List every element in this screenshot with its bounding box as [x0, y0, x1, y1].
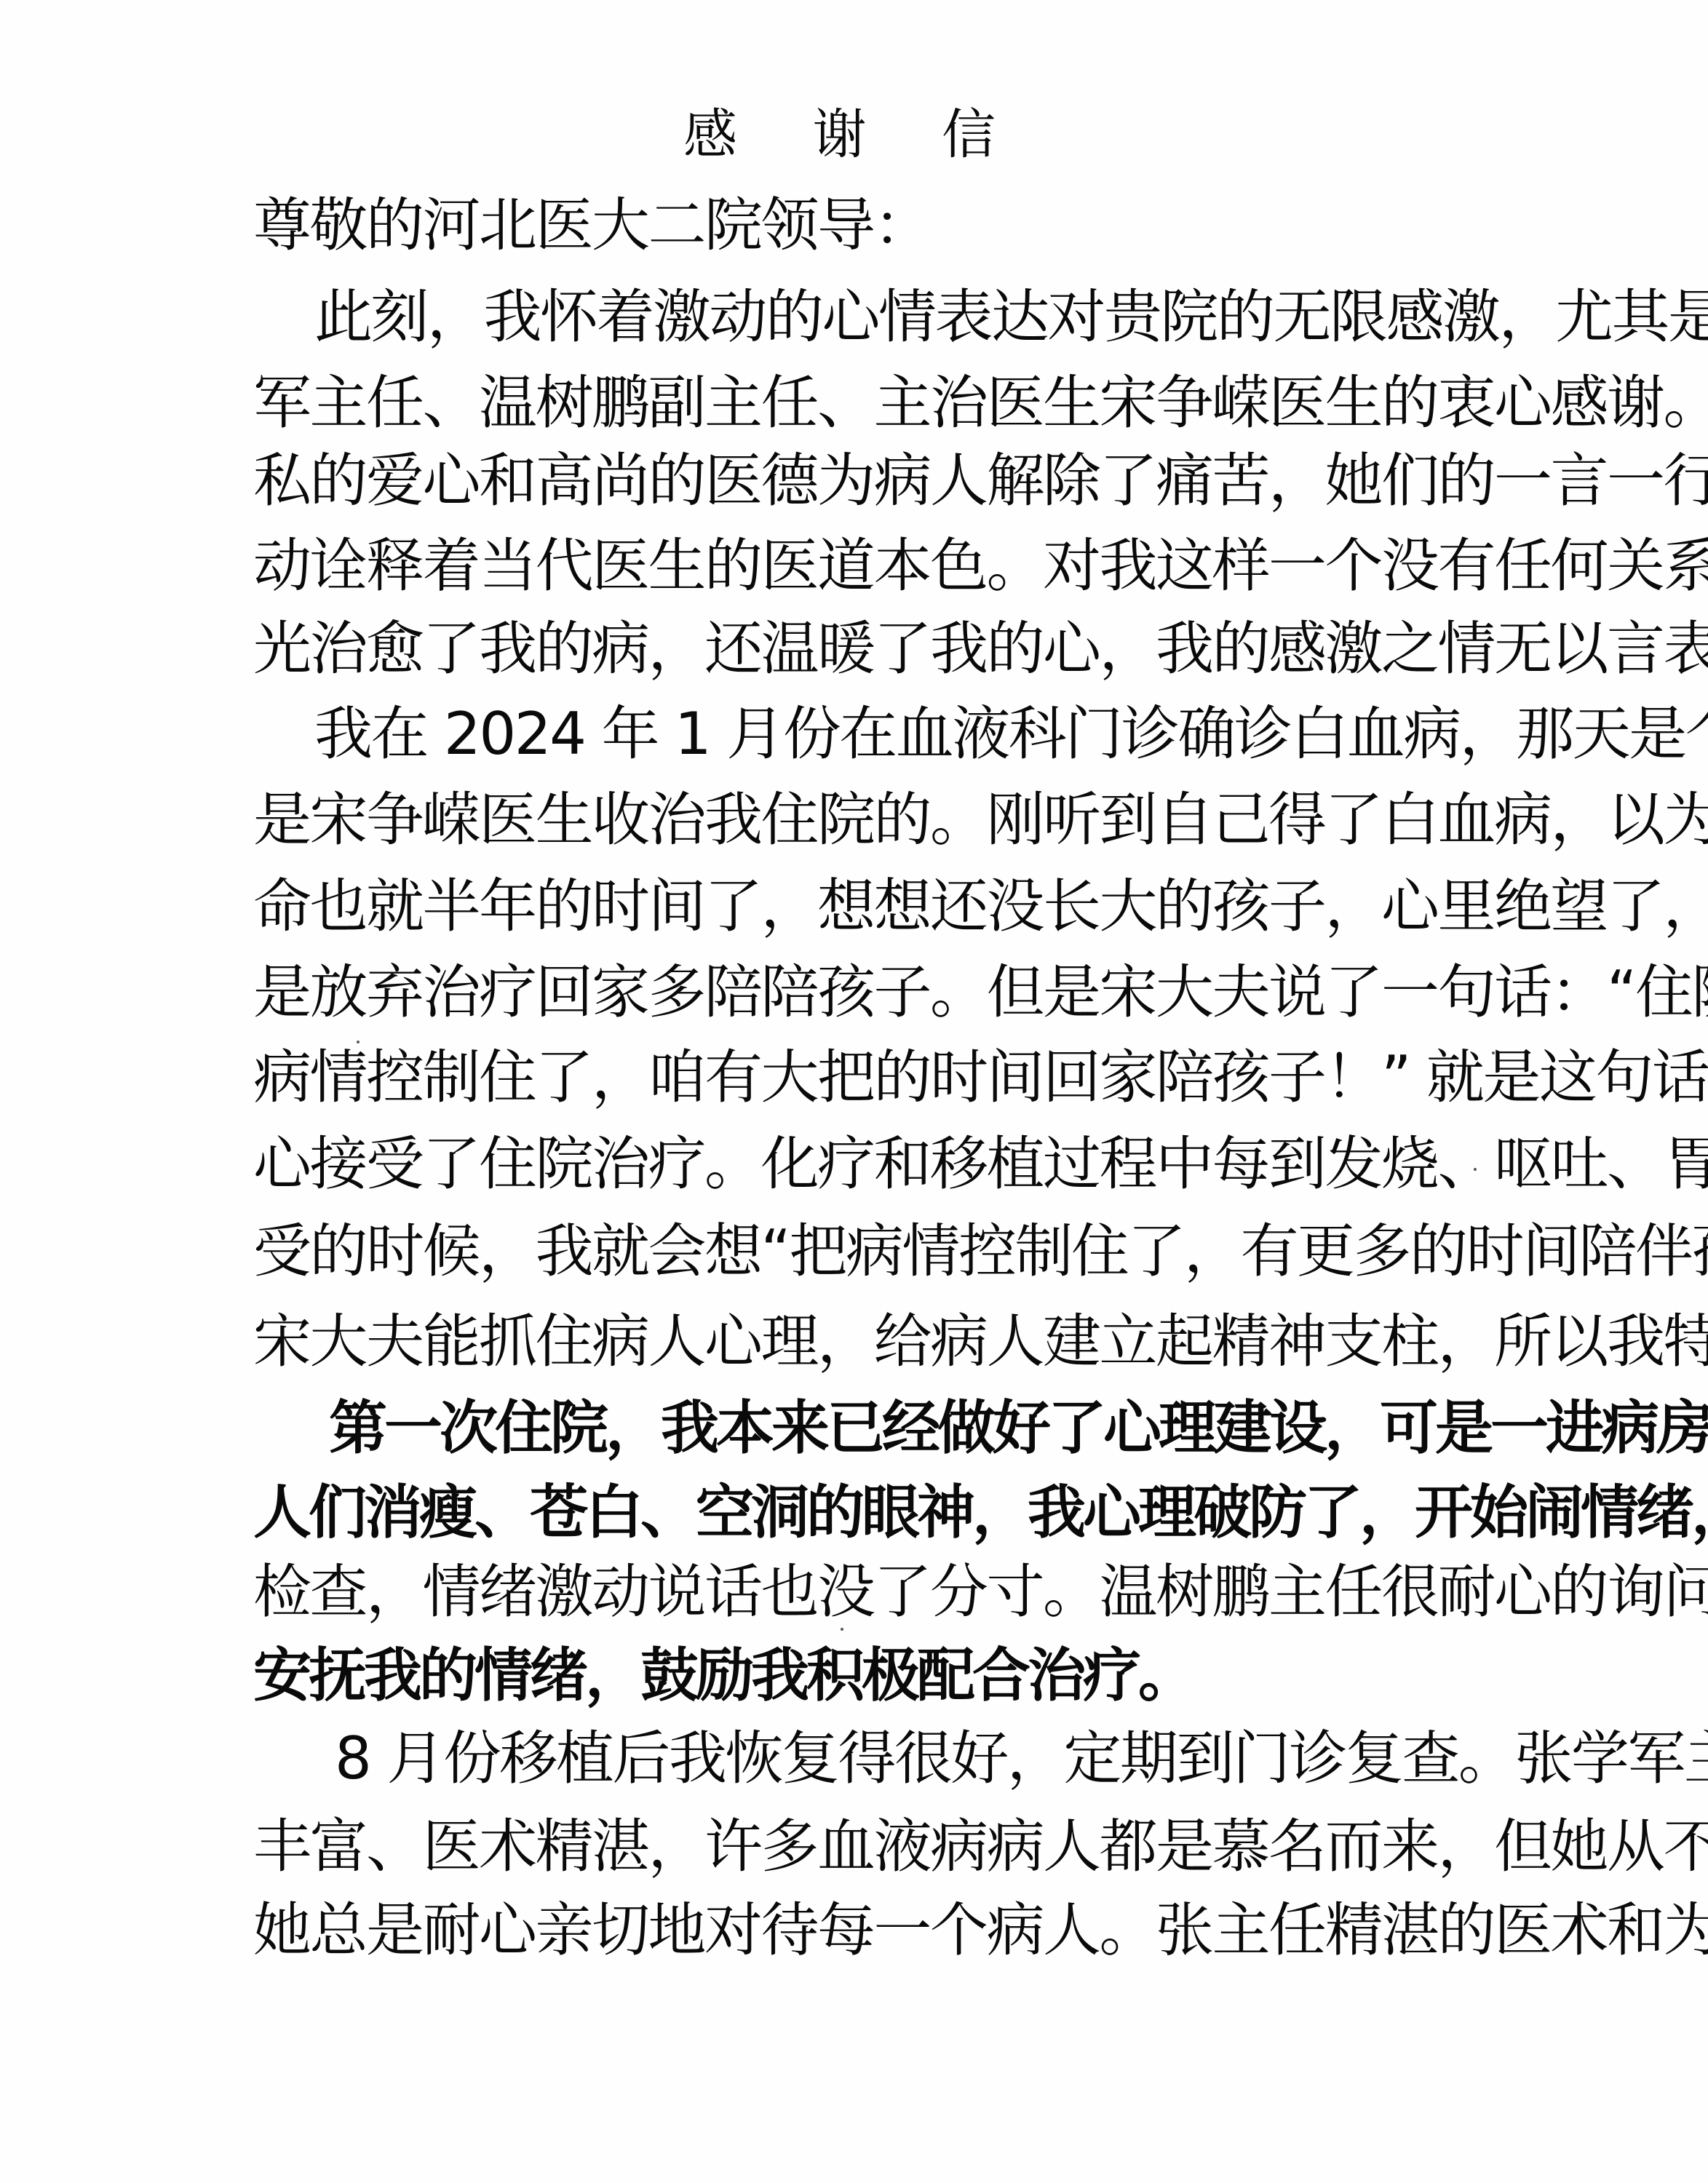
body-line-12: 受的时候，我就会想“把病情控制住了，有更多的时间陪伴孩子长大”。: [253, 1217, 1454, 1287]
body-line-10: 病情控制住了，咱有大把的时间回家陪孩子！” 就是这句话，让我安: [253, 1043, 1454, 1113]
body-line-8: 命也就半年的时间了，想想还没长大的孩子，心里绝望了，第一反应: [253, 872, 1454, 942]
body-line-2: 军主任、温树鹏副主任、主治医生宋争嵘医生的衷心感谢。她们用无: [253, 368, 1454, 438]
body-line-3: 私的爱心和高尚的医德为病人解除了痛苦，她们的一言一行、一举一: [253, 446, 1454, 516]
body-line-7: 是宋争嵘医生收治我住院的。刚听到自己得了白血病，以为自己的生: [253, 785, 1454, 855]
body-line-14: 第一次住院，我本来已经做好了心理建设，可是一进病房看到病: [329, 1393, 1469, 1463]
scan-speck: [357, 1041, 360, 1043]
body-line-19: 丰富、医术精湛，许多血液病病人都是慕名而来，但她从不会摆谱儿，: [253, 1812, 1454, 1882]
body-line-9: 是放弃治疗回家多陪陪孩子。但是宋大夫说了一句话：“住院治疗把: [253, 958, 1454, 1027]
body-line-5: 光治愈了我的病，还温暖了我的心，我的感激之情无以言表。: [253, 614, 1454, 684]
letter-title: 感 谢 信: [0, 102, 1708, 167]
body-line-20: 她总是耐心亲切地对待每一个病人。张主任精湛的医术和为病人着想: [253, 1896, 1454, 1965]
body-line-18: 8 月份移植后我恢复得很好，定期到门诊复查。张学军主任经验: [335, 1724, 1474, 1794]
salutation: 尊敬的河北医大二院领导：: [253, 191, 1454, 261]
body-line-11: 心接受了住院治疗。化疗和移植过程中每到发烧、呕吐、胃痛难以忍: [253, 1129, 1454, 1199]
body-line-13: 宋大夫能抓住病人心理，给病人建立起精神支柱，所以我特别感谢她！: [253, 1307, 1454, 1377]
scan-speck: [1492, 1051, 1495, 1054]
scanned-letter-page: 感 谢 信 尊敬的河北医大二院领导： 此刻，我怀着激动的心情表达对贵院的无限感激…: [0, 0, 1708, 2183]
body-line-16: 检查，情绪激动说话也没了分寸。温树鹏主任很耐心的询问我的想法，: [253, 1557, 1454, 1627]
body-line-1: 此刻，我怀着激动的心情表达对贵院的无限感激，尤其是对张学: [314, 282, 1454, 352]
body-line-6: 我在 2024 年 1 月份在血液科门诊确诊白血病，那天是个周六，: [314, 699, 1454, 769]
scan-speck: [841, 1628, 843, 1631]
body-line-4: 动诠释着当代医生的医道本色。对我这样一个没有任何关系的病人不: [253, 531, 1454, 601]
scan-speck: [1474, 1168, 1477, 1171]
body-line-15: 人们消瘦、苍白、空洞的眼神，我心理破防了，开始闹情绪，不配合: [253, 1478, 1454, 1548]
body-line-17: 安抚我的情绪，鼓励我积极配合治疗。: [253, 1641, 1454, 1711]
